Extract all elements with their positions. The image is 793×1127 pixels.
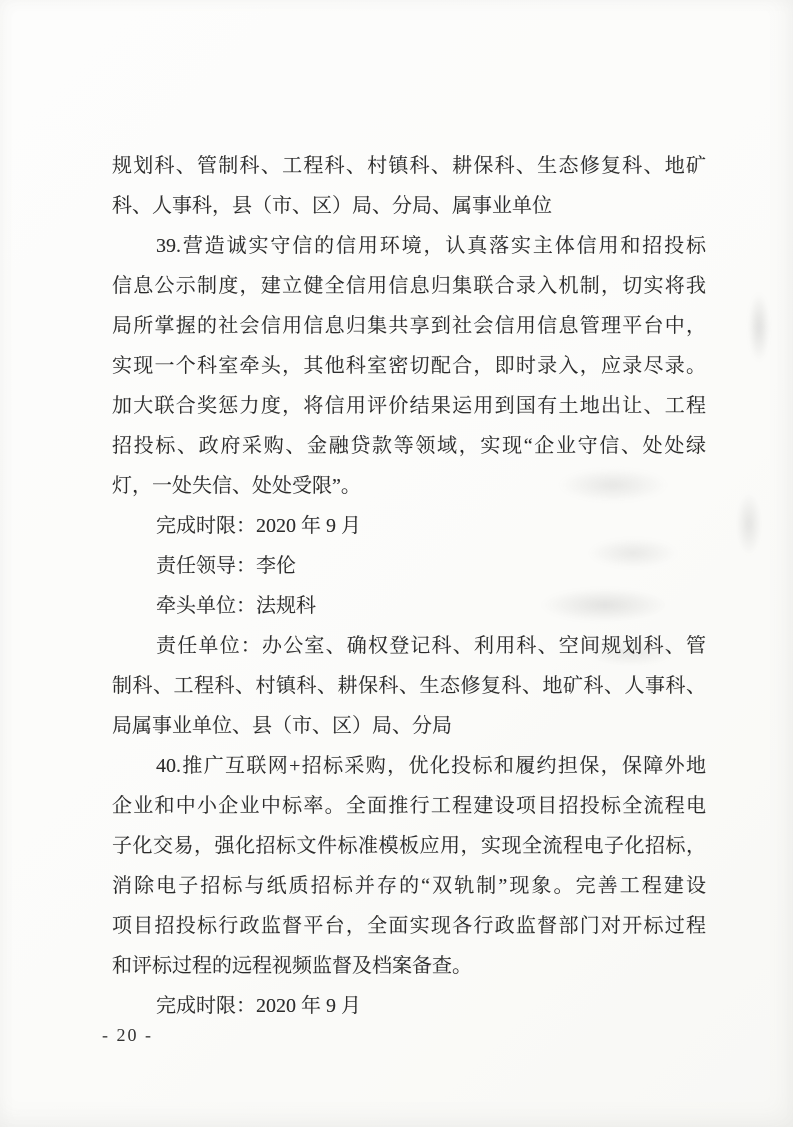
text-line: 灯，一处失信、处处受限”。 — [112, 466, 706, 506]
scan-artifact — [736, 492, 762, 556]
text-line: 子化交易，强化招标文件标准模板应用，实现全流程电子化招标， — [112, 826, 706, 866]
text-line: 企业和中小企业中标率。全面推行工程建设项目招投标全流程电 — [112, 786, 706, 826]
text-line: 责任单位：办公室、确权登记科、利用科、空间规划科、管 — [112, 626, 706, 666]
text-line: 完成时限：2020 年 9 月 — [112, 506, 706, 546]
text-line: 项目招投标行政监督平台，全面实现各行政监督部门对开标过程 — [112, 906, 706, 946]
text-line: 39.营造诚实守信的信用环境，认真落实主体信用和招投标 — [112, 226, 706, 266]
text-line: 规划科、管制科、工程科、村镇科、耕保科、生态修复科、地矿 — [112, 146, 706, 186]
text-line: 实现一个科室牵头，其他科室密切配合，即时录入，应录尽录。 — [112, 346, 706, 386]
text-line: 牵头单位：法规科 — [112, 586, 706, 626]
text-line: 制科、工程科、村镇科、耕保科、生态修复科、地矿科、人事科、 — [112, 666, 706, 706]
text-line: 招投标、政府采购、金融贷款等领域，实现“企业守信、处处绿 — [112, 426, 706, 466]
text-line: 加大联合奖惩力度，将信用评价结果运用到国有土地出让、工程 — [112, 386, 706, 426]
text-line: 40.推广互联网+招标采购，优化投标和履约担保，保障外地 — [112, 746, 706, 786]
text-line: 责任领导：李伦 — [112, 546, 706, 586]
text-line: 局属事业单位、县（市、区）局、分局 — [112, 706, 706, 746]
text-line: 局所掌握的社会信用信息归集共享到社会信用信息管理平台中， — [112, 306, 706, 346]
scan-artifact — [748, 292, 770, 362]
text-line: 科、人事科，县（市、区）局、分局、属事业单位 — [112, 186, 706, 226]
text-line: 消除电子招标与纸质招标并存的“双轨制”现象。完善工程建设 — [112, 866, 706, 906]
text-line: 信息公示制度，建立健全信用信息归集联合录入机制，切实将我 — [112, 266, 706, 306]
document-page: 规划科、管制科、工程科、村镇科、耕保科、生态修复科、地矿科、人事科，县（市、区）… — [0, 0, 793, 1127]
text-line: 完成时限：2020 年 9 月 — [112, 986, 706, 1026]
page-number: - 20 - — [102, 1024, 153, 1046]
text-line: 和评标过程的远程视频监督及档案备查。 — [112, 946, 706, 986]
document-body: 规划科、管制科、工程科、村镇科、耕保科、生态修复科、地矿科、人事科，县（市、区）… — [112, 146, 706, 1026]
